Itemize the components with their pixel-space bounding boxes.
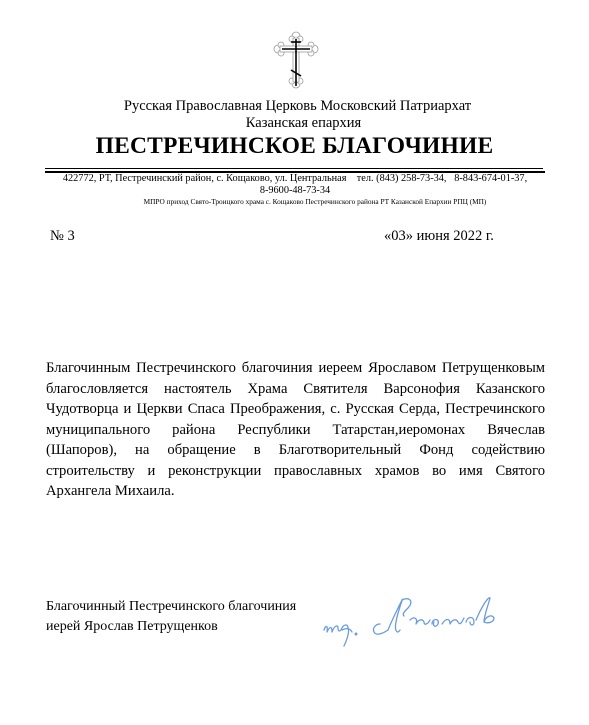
header-divider-thin <box>45 168 543 169</box>
orthodox-cross-icon <box>270 28 322 92</box>
handwritten-signature <box>318 590 528 650</box>
deanery-title: ПЕСТРЕЧИНСКОЕ БЛАГОЧИНИЕ <box>0 132 589 160</box>
church-name: Русская Православная Церковь Московский … <box>0 97 589 115</box>
signatory-name: иерей Ярослав Петрущенков <box>46 618 218 636</box>
diocese-name: Казанская епархия <box>0 114 589 132</box>
document-body: Благочинным Пестречинского благочиния ие… <box>46 358 545 502</box>
address-line: 422772, РТ, Пестречинский район, с. Коща… <box>45 173 545 185</box>
signatory-position: Благочинный Пестречинского благочиния <box>46 598 296 616</box>
organization-line: МПРО приход Свято-Троицкого храма с. Кощ… <box>45 197 545 207</box>
phone-line: 8-9600-48-73-34 <box>45 185 545 197</box>
document-number: № 3 <box>50 227 75 245</box>
document-date: «03» июня 2022 г. <box>384 227 494 245</box>
